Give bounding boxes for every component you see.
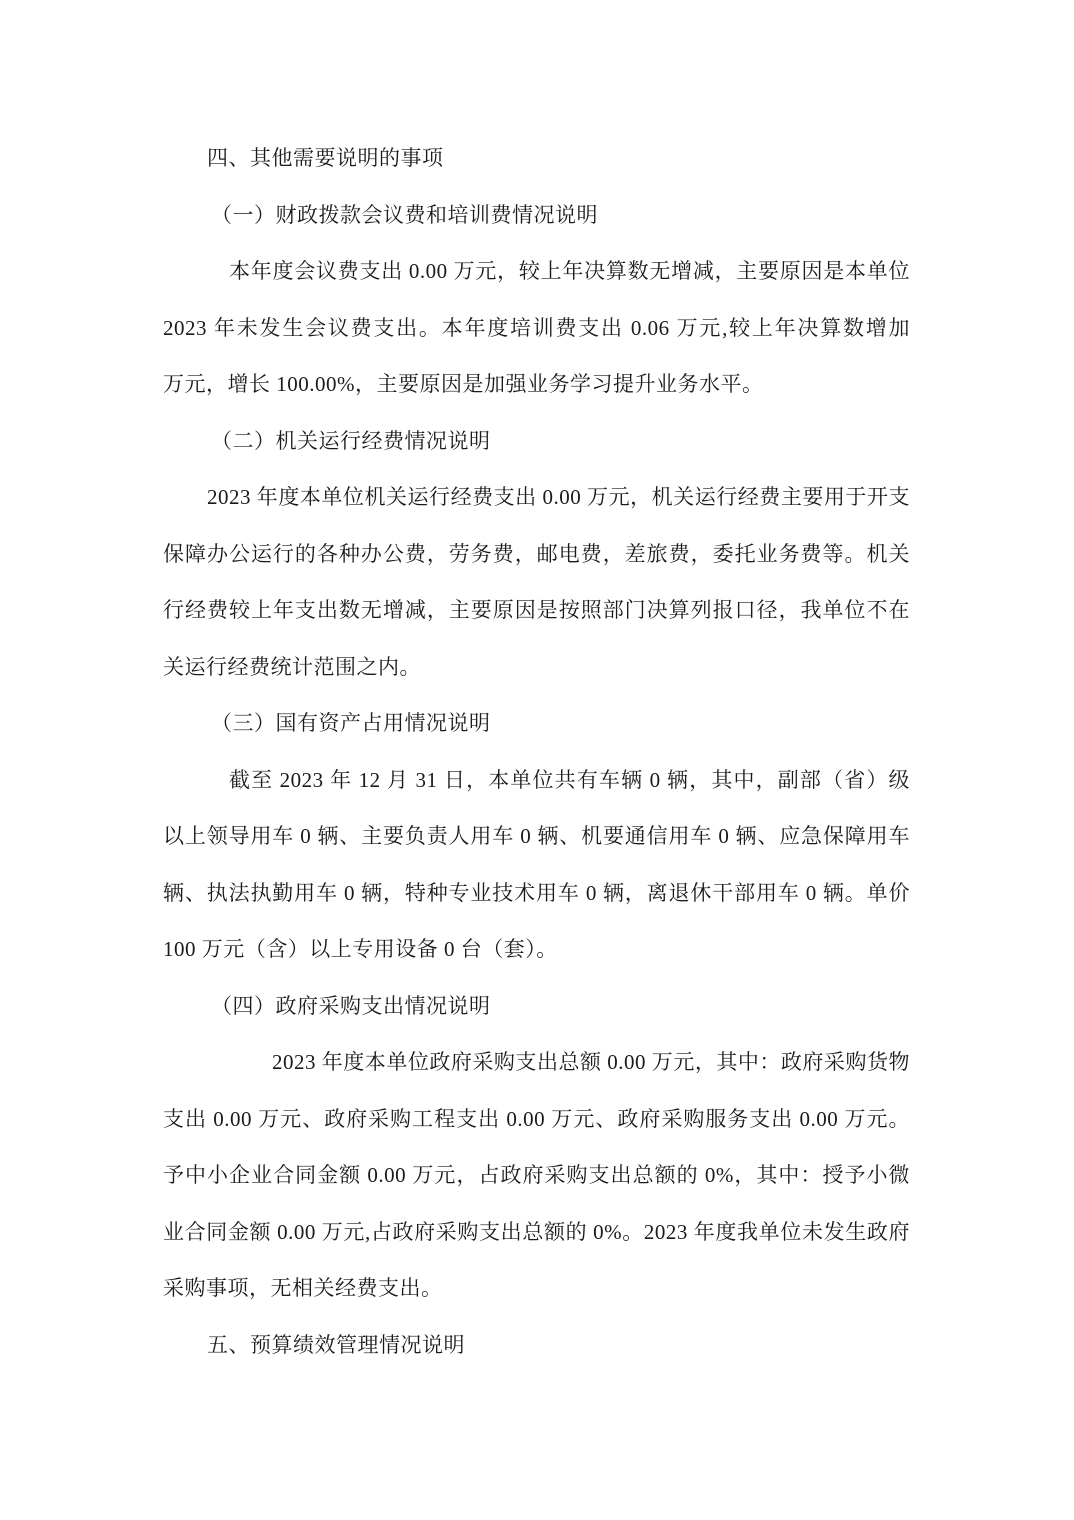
heading-section-four: 四、其他需要说明的事项 xyxy=(163,130,910,187)
para-procurement-line-3: 予中小企业合同金额 0.00 万元，占政府采购支出总额的 0%，其中：授予小微企 xyxy=(163,1147,910,1204)
para-procurement-line-5: 采购事项，无相关经费支出。 xyxy=(163,1260,910,1317)
document-page: 四、其他需要说明的事项 （一）财政拨款会议费和培训费情况说明 本年度会议费支出 … xyxy=(0,0,1074,1520)
para-meeting-training-line-3: 万元，增长 100.00%，主要原因是加强业务学习提升业务水平。 xyxy=(163,356,910,413)
heading-subsection-two: （二）机关运行经费情况说明 xyxy=(163,413,910,470)
para-procurement-line-4: 业合同金额 0.00 万元,占政府采购支出总额的 0%。2023 年度我单位未发… xyxy=(163,1204,910,1261)
para-meeting-training-line-2: 2023 年未发生会议费支出。本年度培训费支出 0.06 万元,较上年决算数增加… xyxy=(163,300,910,357)
heading-subsection-one: （一）财政拨款会议费和培训费情况说明 xyxy=(163,187,910,244)
para-meeting-training-line-1: 本年度会议费支出 0.00 万元，较上年决算数无增减，主要原因是本单位 xyxy=(163,243,910,300)
para-operating-funds-line-3: 行经费较上年支出数无增减，主要原因是按照部门决算列报口径，我单位不在机 xyxy=(163,582,910,639)
para-procurement-line-2: 支出 0.00 万元、政府采购工程支出 0.00 万元、政府采购服务支出 0.0… xyxy=(163,1091,910,1148)
para-state-assets-line-2: 以上领导用车 0 辆、主要负责人用车 0 辆、机要通信用车 0 辆、应急保障用车… xyxy=(163,808,910,865)
para-operating-funds-line-2: 保障办公运行的各种办公费，劳务费，邮电费，差旅费，委托业务费等。机关运 xyxy=(163,526,910,583)
para-state-assets-line-1: 截至 2023 年 12 月 31 日，本单位共有车辆 0 辆，其中，副部（省）… xyxy=(163,752,910,809)
heading-subsection-four: （四）政府采购支出情况说明 xyxy=(163,978,910,1035)
heading-subsection-three: （三）国有资产占用情况说明 xyxy=(163,695,910,752)
para-procurement-line-1: 2023 年度本单位政府采购支出总额 0.00 万元，其中：政府采购货物 xyxy=(163,1034,910,1091)
para-operating-funds-line-4: 关运行经费统计范围之内。 xyxy=(163,639,910,696)
para-state-assets-line-3: 辆、执法执勤用车 0 辆，特种专业技术用车 0 辆，离退休干部用车 0 辆。单价 xyxy=(163,865,910,922)
para-state-assets-line-4: 100 万元（含）以上专用设备 0 台（套）。 xyxy=(163,921,910,978)
para-operating-funds-line-1: 2023 年度本单位机关运行经费支出 0.00 万元，机关运行经费主要用于开支 xyxy=(163,469,910,526)
document-body: 四、其他需要说明的事项 （一）财政拨款会议费和培训费情况说明 本年度会议费支出 … xyxy=(163,130,910,1373)
heading-section-five: 五、预算绩效管理情况说明 xyxy=(163,1317,910,1374)
